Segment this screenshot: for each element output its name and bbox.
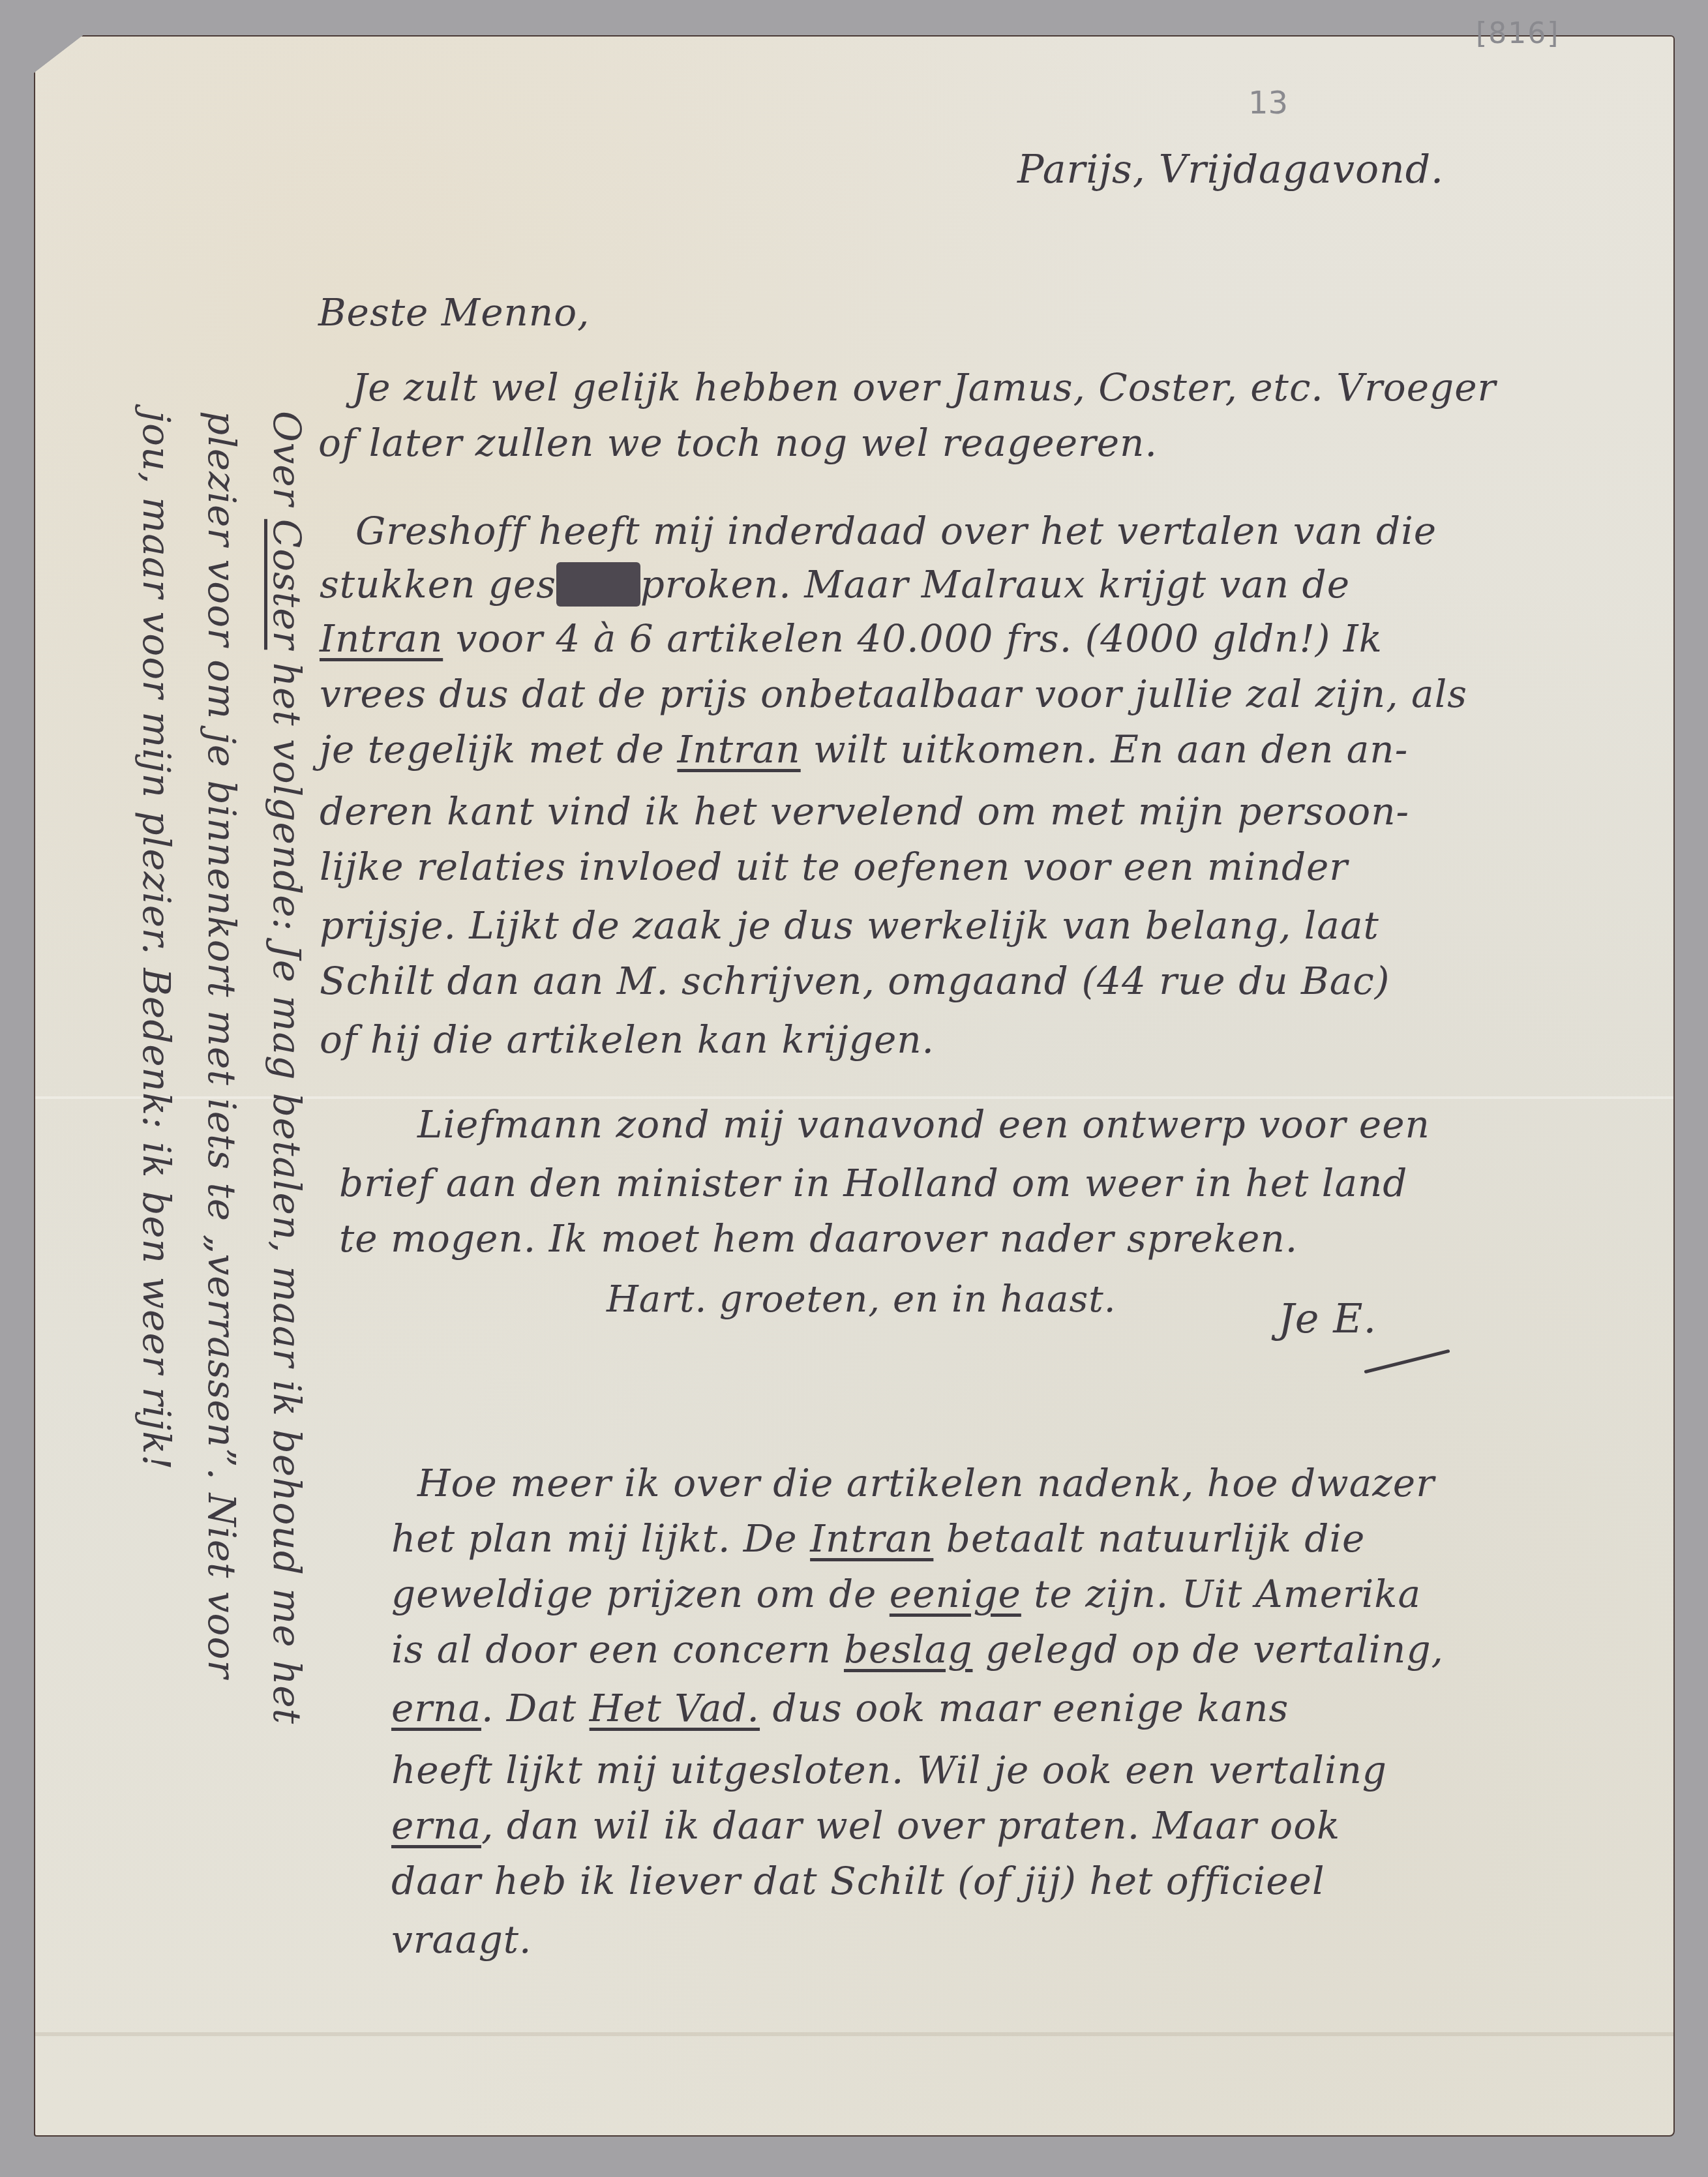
postscript-line: vraagt. [391, 1917, 532, 1962]
letter-line: Greshoff heeft mij inderdaad over het ve… [355, 509, 1437, 553]
signature: Je E. [1278, 1295, 1377, 1342]
closing: Hart. groeten, en in haast. [607, 1278, 1116, 1321]
letter-line: stukken ges proken. Maar Malraux krijgt … [320, 562, 1350, 607]
line-text: dus ook maar eenige kans [760, 1686, 1289, 1730]
letter-line: prijsje. Lijkt de zaak je dus werkelijk … [320, 903, 1379, 948]
underlined-word: Intran [810, 1516, 933, 1561]
underlined-word: Het Vad. [590, 1686, 760, 1730]
line-text: . Dat [481, 1686, 590, 1730]
page-number: 13 [1248, 85, 1288, 121]
underlined-word: Intran [677, 727, 800, 772]
line-text: voor 4 à 6 artikelen 40.000 frs. (4000 g… [443, 616, 1383, 661]
margin-note-line: jou, maar voor mijn plezier. Bedenk: ik … [124, 411, 189, 2009]
dateline: Parijs, Vrijdagavond. [1017, 147, 1444, 192]
letter-line: Liefmann zond mij vanavond een ontwerp v… [417, 1102, 1430, 1147]
underlined-word: eenige [890, 1572, 1021, 1616]
postscript-line: erna, dan wil ik daar wel over praten. M… [391, 1803, 1340, 1848]
line-text: het volgende: Je mag betalen, maar ik be… [265, 650, 309, 1724]
postscript-line: erna. Dat Het Vad. dus ook maar eenige k… [391, 1686, 1289, 1730]
letter-line: lijke relaties invloed uit te oefenen vo… [320, 845, 1348, 889]
line-text: geweldige prijzen om de [391, 1572, 890, 1616]
letter-line: vrees dus dat de prijs onbetaalbaar voor… [320, 672, 1467, 716]
margin-note-line: Over Coster het volgende: Je mag betalen… [254, 411, 320, 2009]
postscript-line: Hoe meer ik over die artikelen nadenk, h… [417, 1461, 1435, 1505]
underlined-word: beslag [844, 1627, 972, 1672]
struck-out-word [556, 562, 640, 607]
letter-line: Je zult wel gelijk hebben over Jamus, Co… [352, 365, 1496, 410]
line-text: stukken ges [320, 562, 556, 607]
letter-line: Schilt dan aan M. schrijven, omgaand (44… [320, 959, 1390, 1003]
paper-fold [35, 2032, 1673, 2036]
line-text: is al door een concern [391, 1627, 844, 1672]
salutation: Beste Menno, [318, 290, 590, 335]
letter-line: of hij die artikelen kan krijgen. [320, 1017, 935, 1062]
letter-line: brief aan den minister in Holland om wee… [339, 1161, 1407, 1205]
postscript-line: heeft lijkt mij uitgesloten. Wil je ook … [391, 1748, 1387, 1792]
line-text: het plan mij lijkt. De [391, 1516, 810, 1561]
archive-reference: [816] [1476, 17, 1559, 50]
postscript-line: geweldige prijzen om de eenige te zijn. … [391, 1572, 1421, 1616]
line-text: je tegelijk met de [320, 727, 677, 772]
letter-line: deren kant vind ik het vervelend om met … [320, 789, 1409, 833]
underlined-word: Coster [265, 519, 309, 650]
line-text: wilt uitkomen. En aan den an- [801, 727, 1409, 772]
line-text: gelegd op de vertaling, [972, 1627, 1444, 1672]
underlined-word: Intran [320, 616, 443, 661]
underlined-word: erna [391, 1686, 481, 1730]
letter-line: te mogen. Ik moet hem daarover nader spr… [339, 1216, 1298, 1261]
line-text: Over [265, 411, 309, 519]
letter-line: Intran voor 4 à 6 artikelen 40.000 frs. … [320, 616, 1383, 661]
postscript-line: daar heb ik liever dat Schilt (of jij) h… [391, 1859, 1325, 1903]
line-text: proken. Maar Malraux krijgt van de [640, 562, 1350, 607]
letter-line: of later zullen we toch nog wel reageere… [318, 421, 1158, 465]
postscript-line: is al door een concern beslag gelegd op … [391, 1627, 1444, 1672]
margin-note: Over Coster het volgende: Je mag betalen… [124, 411, 320, 2009]
margin-note-line: plezier voor om je binnenkort met iets t… [189, 411, 254, 2009]
underlined-word: erna [391, 1803, 481, 1848]
line-text: , dan wil ik daar wel over praten. Maar … [481, 1803, 1340, 1848]
postscript-line: het plan mij lijkt. De Intran betaalt na… [391, 1516, 1365, 1561]
line-text: betaalt natuurlijk die [933, 1516, 1365, 1561]
line-text: te zijn. Uit Amerika [1021, 1572, 1421, 1616]
letter-line: je tegelijk met de Intran wilt uitkomen.… [320, 727, 1408, 772]
